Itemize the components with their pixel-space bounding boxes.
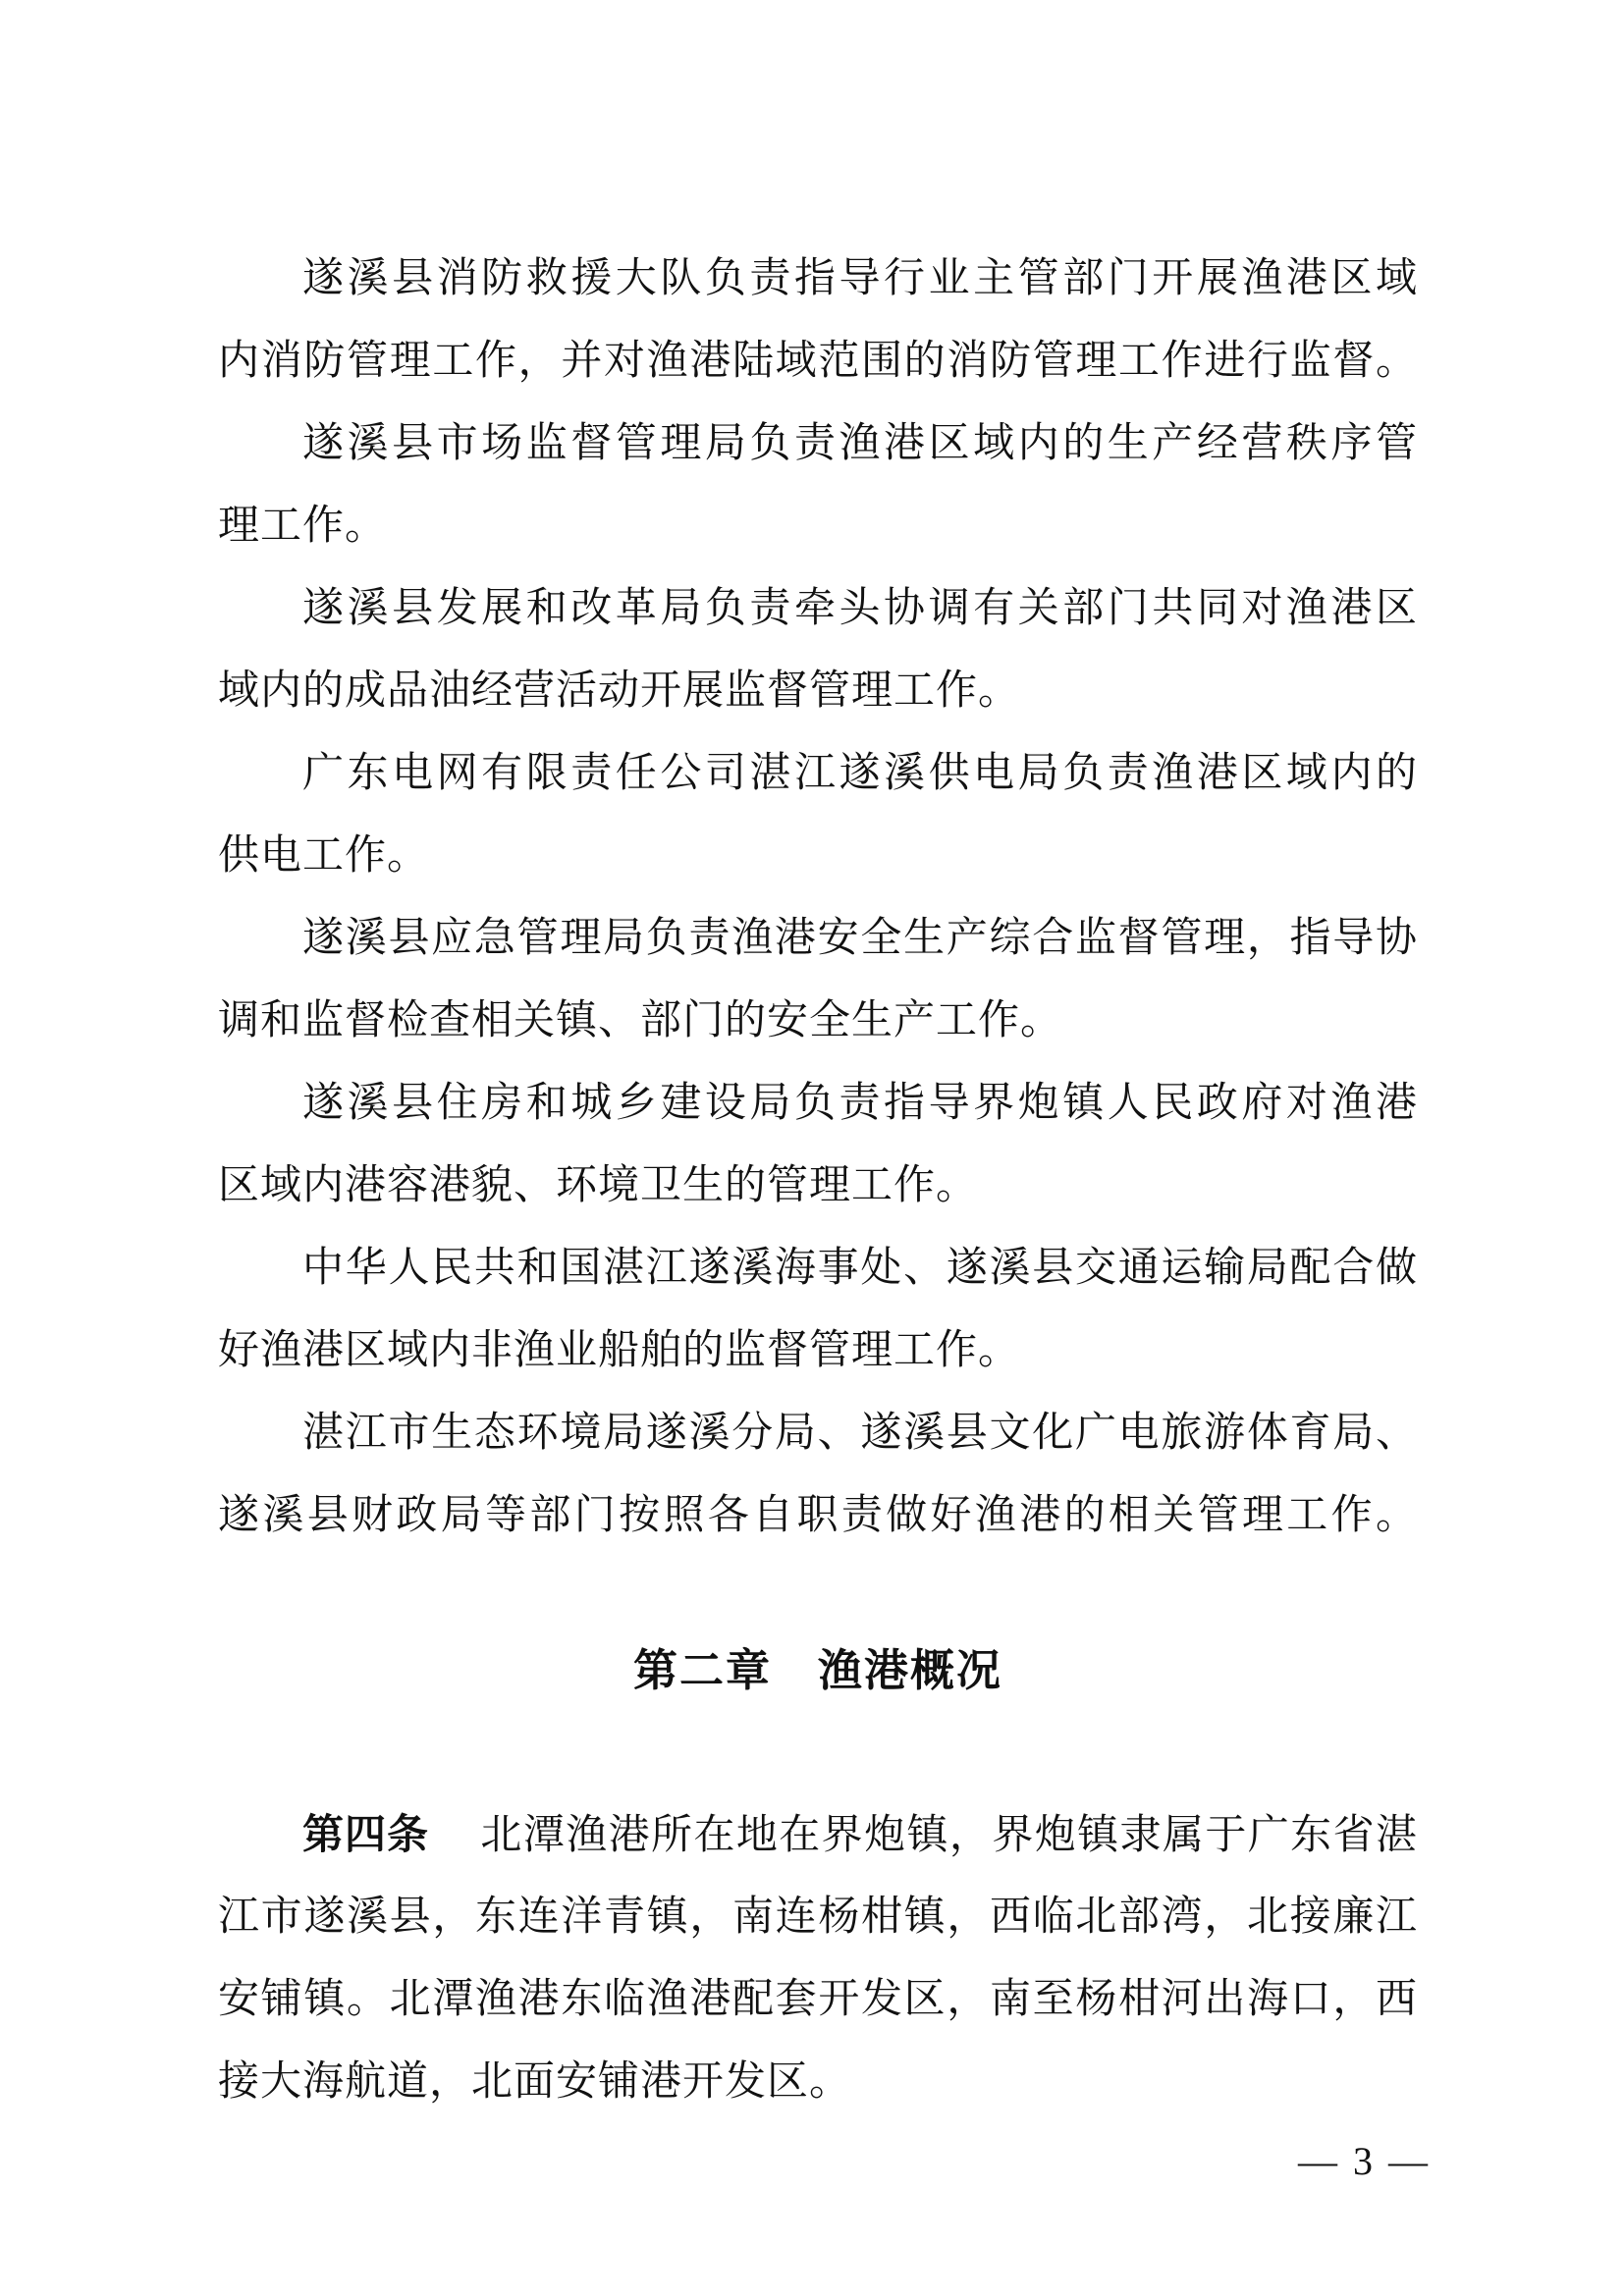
paragraph-line: 供电工作。 <box>218 815 1418 897</box>
paragraph-line: 遂溪县财政局等部门按照各自职责做好渔港的相关管理工作。 <box>218 1474 1418 1557</box>
paragraph-line: 内消防管理工作，并对渔港陆域范围的消防管理工作进行监督。 <box>218 320 1418 402</box>
paragraph-line: 遂溪县消防救援大队负责指导行业主管部门开展渔港区域 <box>218 238 1418 320</box>
page-number: — 3 — <box>1298 2140 1428 2183</box>
article4-label: 第四条 <box>302 1793 429 1876</box>
paragraph-line: 遂溪县住房和城乡建设局负责指导界炮镇人民政府对渔港 <box>218 1062 1418 1145</box>
paragraph-line: 区域内港容港貌、环境卫生的管理工作。 <box>218 1145 1418 1227</box>
paragraph-line: 调和监督检查相关镇、部门的安全生产工作。 <box>218 980 1418 1062</box>
article4-first-line: 第四条北潭渔港所在地在界炮镇，界炮镇隶属于广东省湛 <box>218 1793 1418 1876</box>
paragraph-line: 遂溪县发展和改革局负责牵头协调有关部门共同对渔港区 <box>218 567 1418 650</box>
paragraph-line: 遂溪县应急管理局负责渔港安全生产综合监督管理，指导协 <box>218 897 1418 980</box>
paragraph-line: 中华人民共和国湛江遂溪海事处、遂溪县交通运输局配合做 <box>218 1227 1418 1309</box>
document-page: 遂溪县消防救援大队负责指导行业主管部门开展渔港区域 内消防管理工作，并对渔港陆域… <box>0 0 1624 2296</box>
chapter-heading: 第二章 渔港概况 <box>218 1645 1418 1696</box>
article4-section: 第四条北潭渔港所在地在界炮镇，界炮镇隶属于广东省湛 江市遂溪县，东连洋青镇，南连… <box>218 1793 1418 2123</box>
responsibilities-section: 遂溪县消防救援大队负责指导行业主管部门开展渔港区域 内消防管理工作，并对渔港陆域… <box>218 238 1418 1557</box>
paragraph-line: 安铺镇。北潭渔港东临渔港配套开发区，南至杨柑河出海口，西 <box>218 1958 1418 2041</box>
paragraph-line: 接大海航道，北面安铺港开发区。 <box>218 2041 1418 2123</box>
article4-first-line-text: 北潭渔港所在地在界炮镇，界炮镇隶属于广东省湛 <box>480 1813 1418 1858</box>
paragraph-line: 遂溪县市场监督管理局负责渔港区域内的生产经营秩序管 <box>218 402 1418 485</box>
paragraph-line: 好渔港区域内非渔业船舶的监督管理工作。 <box>218 1309 1418 1392</box>
paragraph-line: 湛江市生态环境局遂溪分局、遂溪县文化广电旅游体育局、 <box>218 1392 1418 1474</box>
paragraph-line: 江市遂溪县，东连洋青镇，南连杨柑镇，西临北部湾，北接廉江 <box>218 1876 1418 1958</box>
paragraph-line: 域内的成品油经营活动开展监督管理工作。 <box>218 650 1418 732</box>
paragraph-line: 广东电网有限责任公司湛江遂溪供电局负责渔港区域内的 <box>218 732 1418 815</box>
paragraph-line: 理工作。 <box>218 485 1418 567</box>
